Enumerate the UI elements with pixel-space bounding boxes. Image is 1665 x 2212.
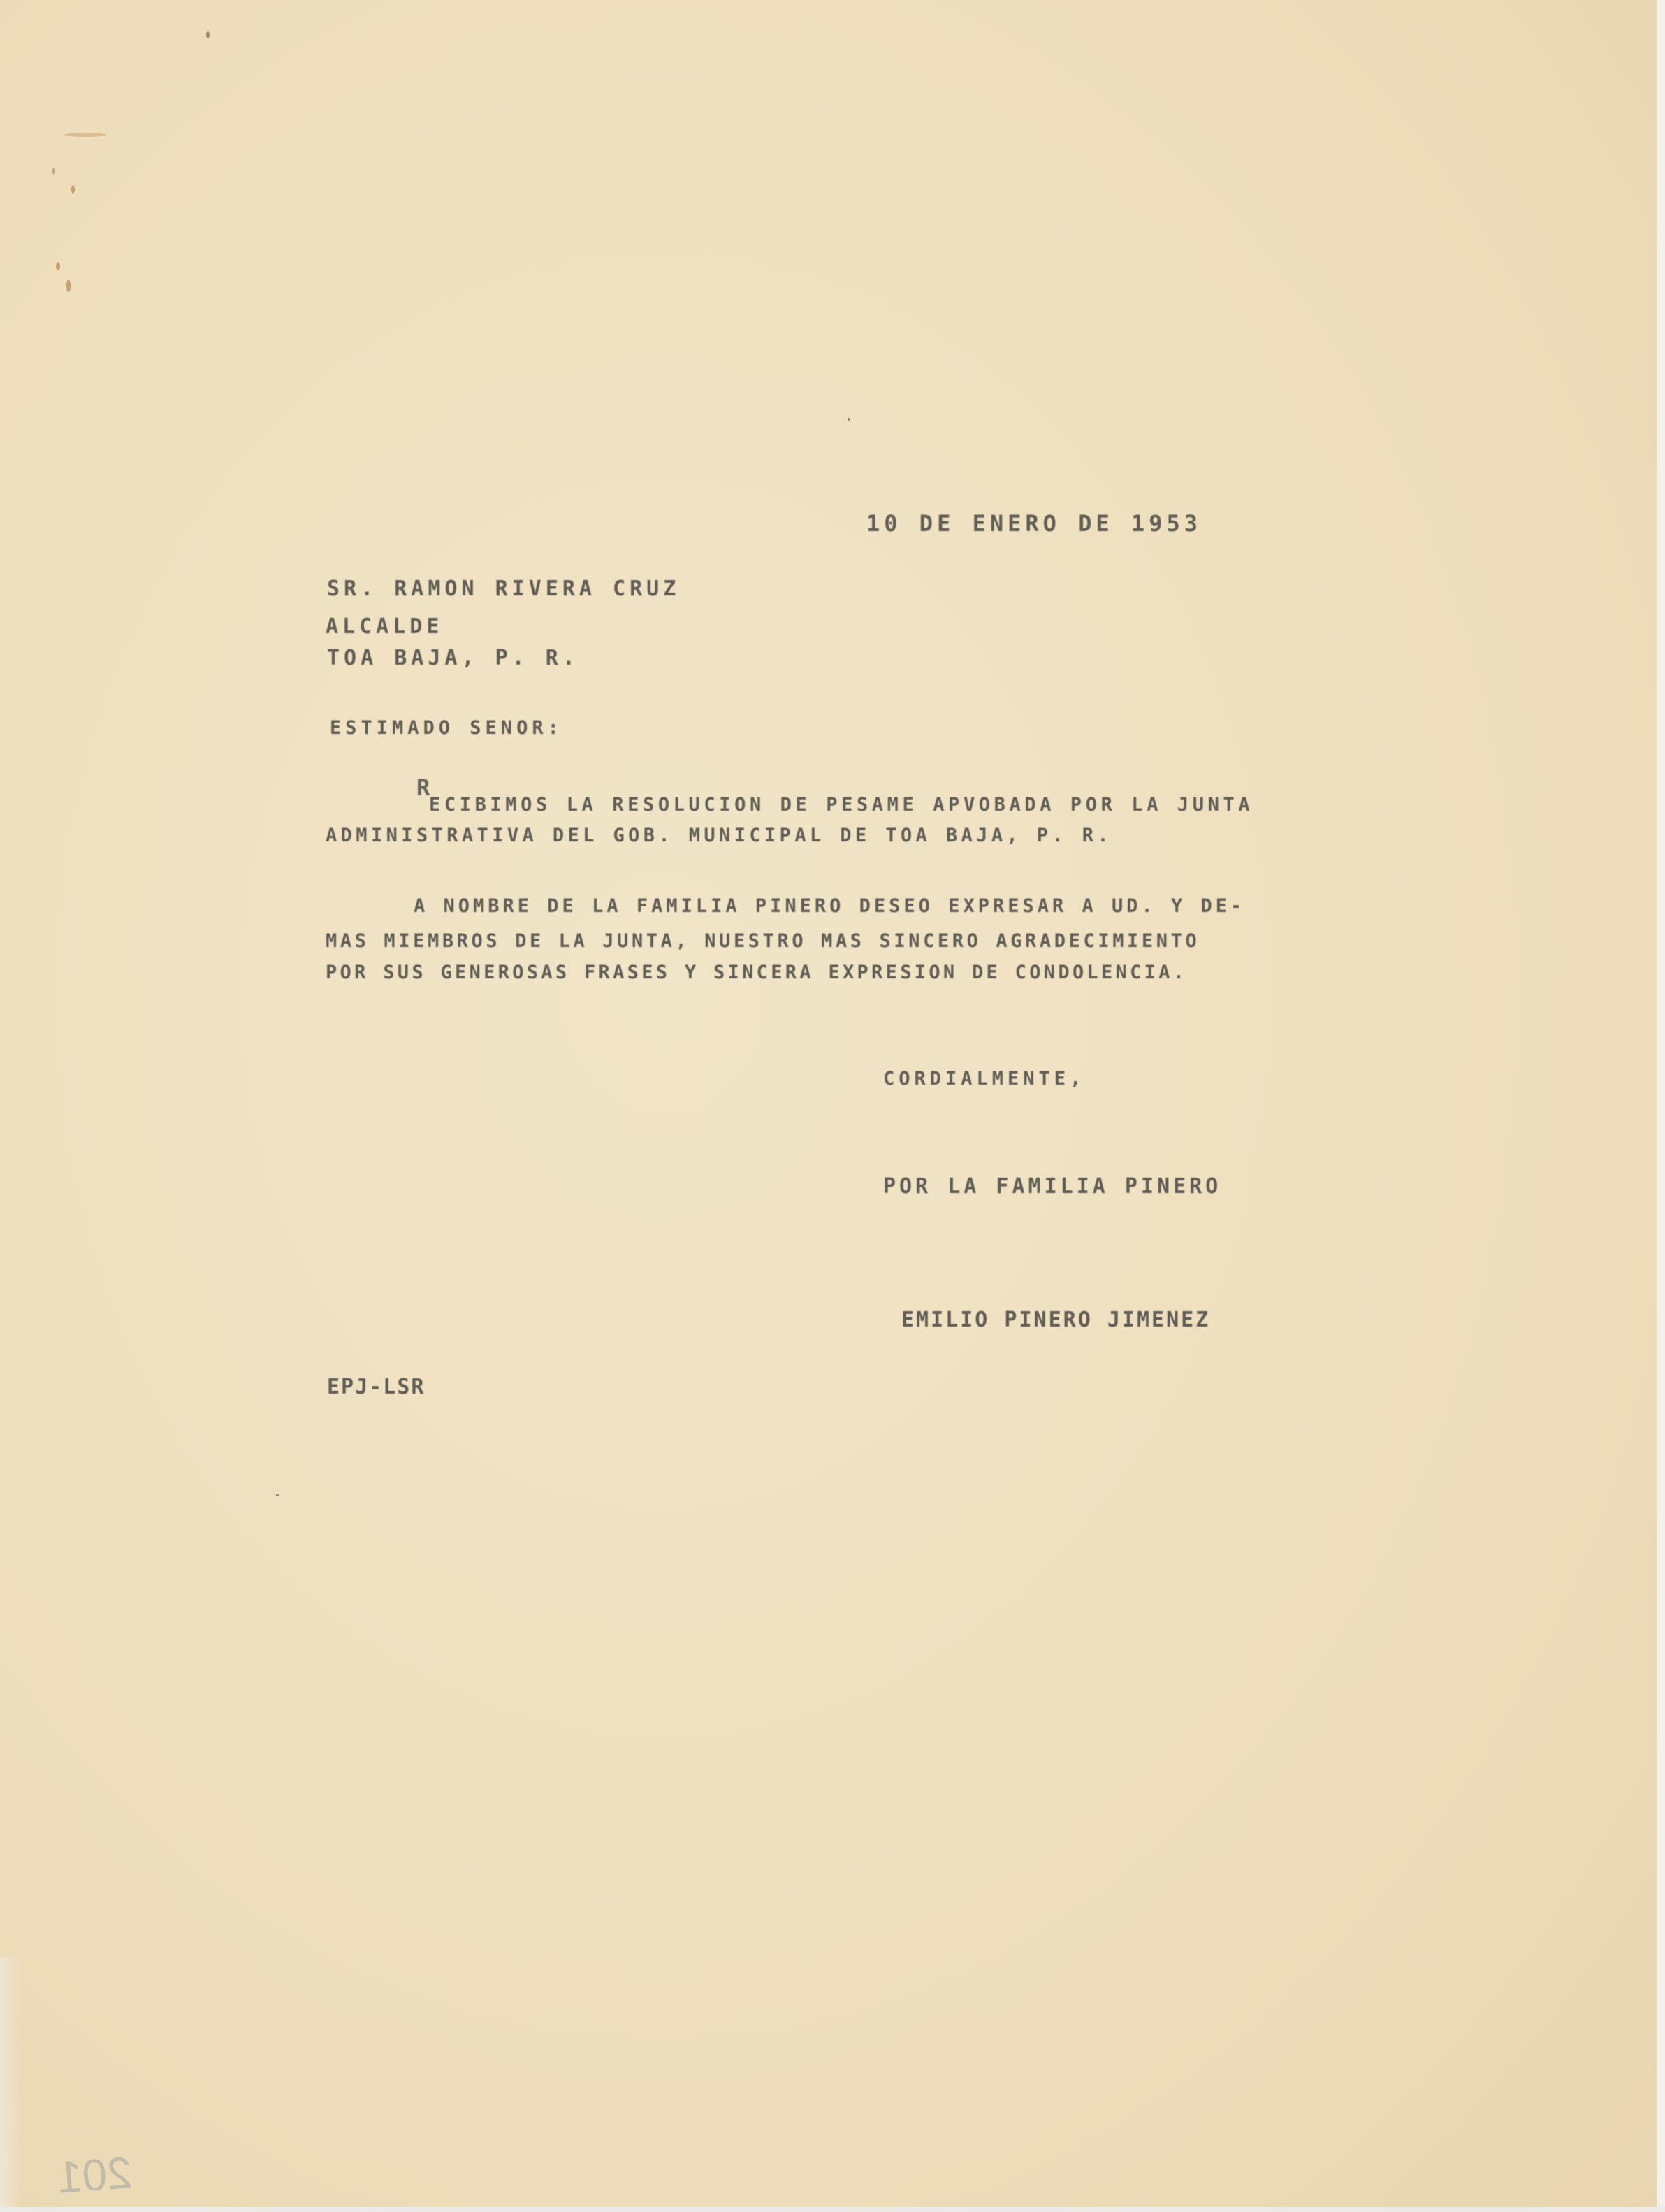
- recipient-title: Alcalde: [326, 616, 443, 637]
- rust-stain: [71, 185, 75, 194]
- paragraph1-line2: Administrativa del Gob. Municipal de Toa…: [326, 826, 1112, 845]
- rust-stain: [66, 280, 71, 292]
- pencil-page-number: 201: [56, 2146, 134, 2203]
- recipient-location: Toa Baja, P. R.: [327, 648, 579, 669]
- rust-stain: [64, 133, 106, 137]
- paragraph2-line1: A nombre de la familia Pinero deseo expr…: [414, 897, 1245, 916]
- paper-speck: [206, 31, 210, 38]
- signature-name: Emilio Pinero Jimenez: [901, 1310, 1210, 1331]
- salutation: Estimado senor:: [330, 718, 563, 737]
- rust-stain: [56, 262, 60, 270]
- letter-date: 10 de enero de 1953: [866, 512, 1202, 535]
- scan-edge-bottom: [0, 2207, 1665, 2212]
- on-behalf-line: Por La Familia Pinero: [883, 1176, 1221, 1197]
- closing: Cordialmente,: [883, 1069, 1085, 1088]
- paper-fold-shadow: [0, 1957, 21, 2207]
- paragraph1-line1: ecibimos la resolucion de pesame apvobad…: [429, 795, 1253, 814]
- paper-sheet: [0, 0, 1657, 2207]
- recipient-name: Sr. Ramon Rivera Cruz: [327, 579, 680, 600]
- paper-speck: [848, 418, 850, 421]
- paragraph2-line2: mas miembros de La Junta, nuestro mas si…: [326, 932, 1200, 950]
- rust-stain: [52, 168, 55, 175]
- scan-edge-right: [1657, 0, 1665, 2212]
- paragraph1-initial: R: [416, 774, 430, 801]
- reference-initials: EPJ-LSR: [327, 1377, 425, 1398]
- paragraph2-line3: por sus generosas frases y sincera expre…: [326, 963, 1187, 982]
- paper-speck: [276, 1494, 279, 1496]
